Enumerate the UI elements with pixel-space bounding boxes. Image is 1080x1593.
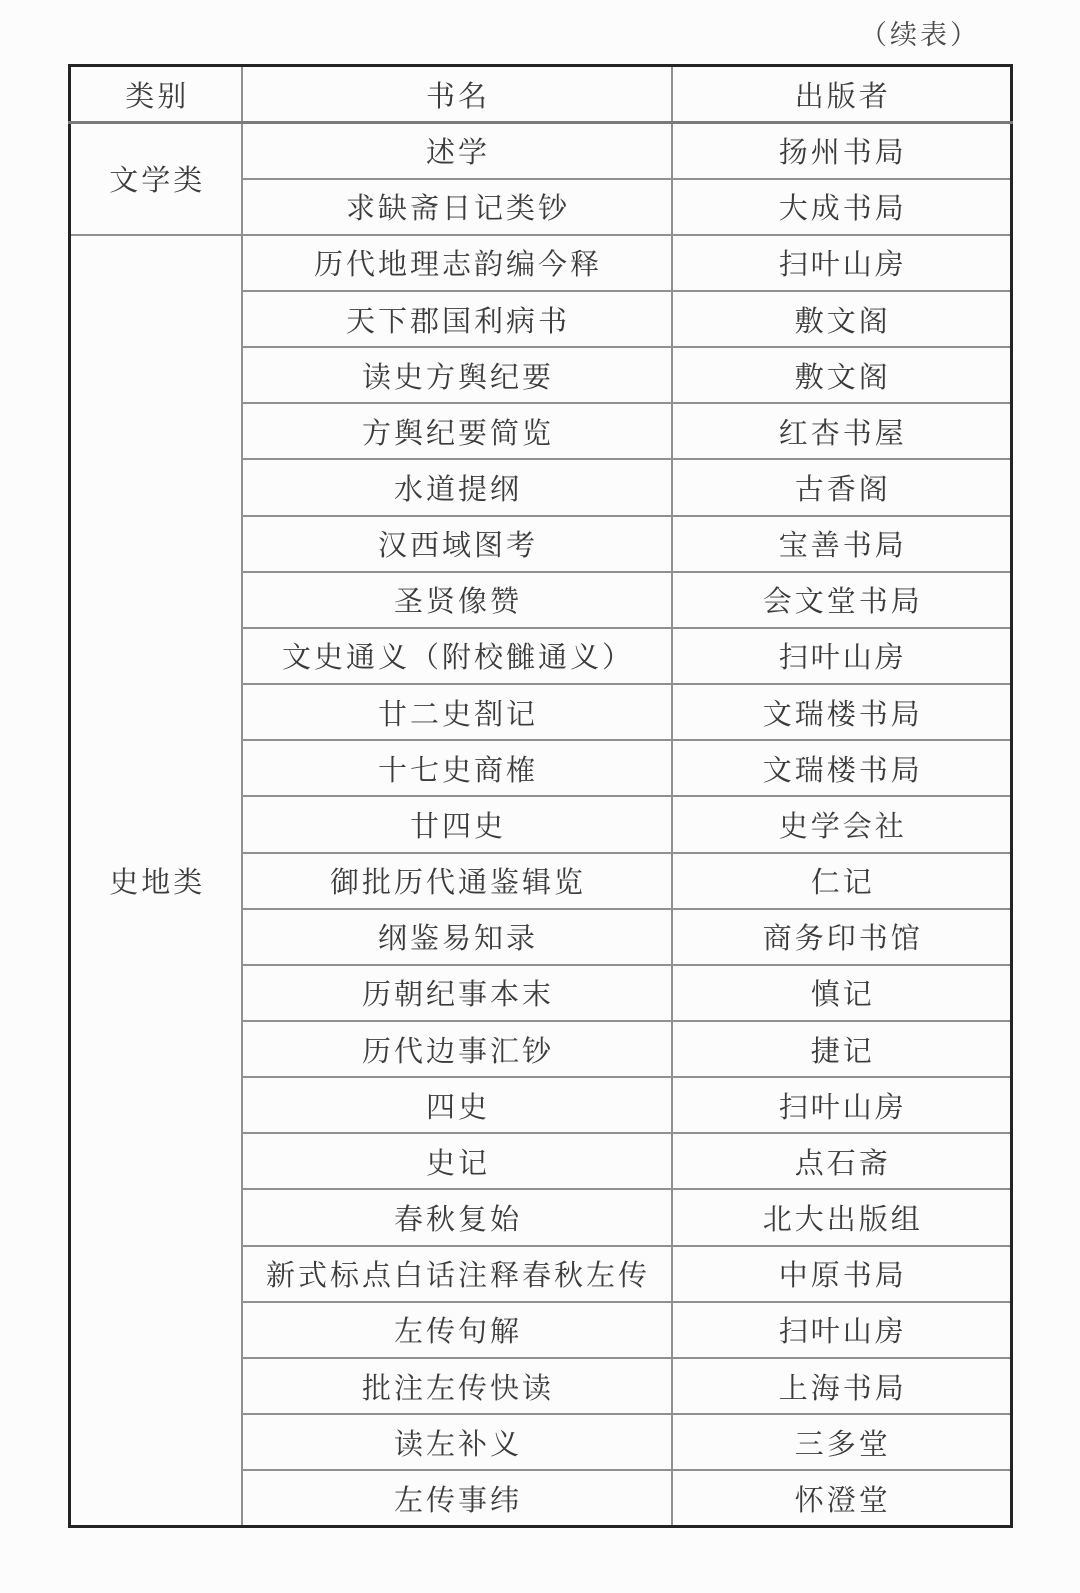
header-cell-category: 类别 bbox=[70, 66, 242, 123]
publisher-cell: 点石斋 bbox=[672, 1133, 1012, 1189]
publisher-cell: 怀澄堂 bbox=[672, 1470, 1012, 1526]
book-title-cell: 圣贤像赞 bbox=[242, 572, 672, 628]
publisher-cell: 文瑞楼书局 bbox=[672, 684, 1012, 740]
category-cell-literature: 文学类 bbox=[70, 123, 242, 235]
publisher-cell: 仁记 bbox=[672, 853, 1012, 909]
book-title-cell: 春秋复始 bbox=[242, 1189, 672, 1245]
publisher-cell: 扫叶山房 bbox=[672, 235, 1012, 291]
publisher-cell: 扫叶山房 bbox=[672, 1302, 1012, 1358]
publisher-cell: 敷文阁 bbox=[672, 291, 1012, 347]
publisher-cell: 扫叶山房 bbox=[672, 1077, 1012, 1133]
publisher-cell: 北大出版组 bbox=[672, 1189, 1012, 1245]
publisher-cell: 上海书局 bbox=[672, 1358, 1012, 1414]
book-title-cell: 廿二史剳记 bbox=[242, 684, 672, 740]
publisher-cell: 红杏书屋 bbox=[672, 403, 1012, 459]
book-title-cell: 水道提纲 bbox=[242, 459, 672, 515]
publisher-cell: 大成书局 bbox=[672, 179, 1012, 235]
book-title-cell: 左传事纬 bbox=[242, 1470, 672, 1526]
publisher-cell: 三多堂 bbox=[672, 1414, 1012, 1470]
book-title-cell: 历代地理志韵编今释 bbox=[242, 235, 672, 291]
book-title-cell: 读左补义 bbox=[242, 1414, 672, 1470]
publisher-cell: 捷记 bbox=[672, 1021, 1012, 1077]
publisher-cell: 慎记 bbox=[672, 965, 1012, 1021]
header-cell-publisher: 出版者 bbox=[672, 66, 1012, 123]
book-title-cell: 求缺斋日记类钞 bbox=[242, 179, 672, 235]
book-title-cell: 史记 bbox=[242, 1133, 672, 1189]
book-title-cell: 御批历代通鉴辑览 bbox=[242, 853, 672, 909]
book-title-cell: 读史方舆纪要 bbox=[242, 347, 672, 403]
book-title-cell: 批注左传快读 bbox=[242, 1358, 672, 1414]
book-title-cell: 纲鉴易知录 bbox=[242, 909, 672, 965]
scanned-page: （续表） 类别 书名 出版者 文学类 述学 扬州书局 求缺斋日记类钞 大成书局 bbox=[0, 0, 1080, 1593]
book-title-cell: 四史 bbox=[242, 1077, 672, 1133]
continued-table-label: （续表） bbox=[860, 13, 980, 52]
header-cell-title: 书名 bbox=[242, 66, 672, 123]
book-title-cell: 左传句解 bbox=[242, 1302, 672, 1358]
table-row: 史地类 历代地理志韵编今释 扫叶山房 bbox=[70, 235, 1012, 291]
book-title-cell: 方舆纪要简览 bbox=[242, 403, 672, 459]
publisher-cell: 敷文阁 bbox=[672, 347, 1012, 403]
book-title-cell: 十七史商榷 bbox=[242, 740, 672, 796]
category-cell-history-geography: 史地类 bbox=[70, 235, 242, 1527]
book-title-cell: 历朝纪事本末 bbox=[242, 965, 672, 1021]
publisher-cell: 扬州书局 bbox=[672, 123, 1012, 179]
book-title-cell: 廿四史 bbox=[242, 796, 672, 852]
publisher-cell: 文瑞楼书局 bbox=[672, 740, 1012, 796]
publisher-cell: 会文堂书局 bbox=[672, 572, 1012, 628]
publisher-cell: 中原书局 bbox=[672, 1246, 1012, 1302]
book-list-table: 类别 书名 出版者 文学类 述学 扬州书局 求缺斋日记类钞 大成书局 史地类 历… bbox=[68, 64, 1013, 1528]
book-title-cell: 新式标点白话注释春秋左传 bbox=[242, 1246, 672, 1302]
publisher-cell: 宝善书局 bbox=[672, 516, 1012, 572]
book-title-cell: 天下郡国利病书 bbox=[242, 291, 672, 347]
book-title-cell: 述学 bbox=[242, 123, 672, 179]
table-header-row: 类别 书名 出版者 bbox=[70, 66, 1012, 123]
publisher-cell: 商务印书馆 bbox=[672, 909, 1012, 965]
book-title-cell: 汉西域图考 bbox=[242, 516, 672, 572]
table-row: 文学类 述学 扬州书局 bbox=[70, 123, 1012, 179]
book-title-cell: 历代边事汇钞 bbox=[242, 1021, 672, 1077]
publisher-cell: 史学会社 bbox=[672, 796, 1012, 852]
publisher-cell: 古香阁 bbox=[672, 459, 1012, 515]
book-title-cell: 文史通义（附校雠通义） bbox=[242, 628, 672, 684]
publisher-cell: 扫叶山房 bbox=[672, 628, 1012, 684]
